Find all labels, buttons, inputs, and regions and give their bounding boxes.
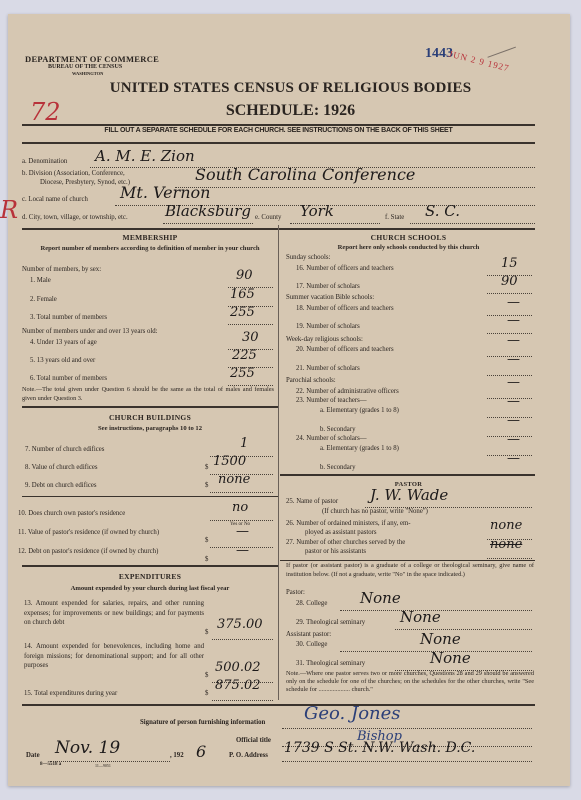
year-value: 6 xyxy=(196,742,206,761)
age-label: Number of members under and over 13 year… xyxy=(22,328,158,335)
dollar-sign: $ xyxy=(205,629,208,636)
college-28-value: None xyxy=(360,589,401,607)
sunday-schools-label: Sunday schools: xyxy=(286,254,330,261)
dollar-sign: $ xyxy=(205,672,208,679)
teachers-elementary-label: a. Elementary (grades 1 to 8) xyxy=(320,407,399,414)
signature-field[interactable]: Geo. Jones xyxy=(282,717,532,729)
residence-value-label: 11. Value of pastor's residence (if owne… xyxy=(18,528,203,537)
divider xyxy=(280,474,535,476)
sunday-scholars-label: 17. Number of scholars xyxy=(296,283,360,290)
po-address-field[interactable]: 1739 S St. N.W. Wash. D.C. xyxy=(282,750,532,762)
buildings-heading: CHURCH BUILDINGS xyxy=(22,413,278,422)
local-name-value: Mt. Vernon xyxy=(120,183,210,202)
divider xyxy=(22,406,278,408)
age-total-value: 255 xyxy=(230,366,255,381)
signature-value: Geo. Jones xyxy=(304,703,401,724)
total-members-value: 255 xyxy=(230,305,255,320)
divider xyxy=(280,560,535,561)
schools-heading: CHURCH SCHOOLS xyxy=(282,233,535,242)
sunday-scholars-value: 90 xyxy=(501,274,518,289)
department-label: DEPARTMENT OF COMMERCE xyxy=(25,54,159,64)
assistants-value: none xyxy=(490,518,522,533)
summer-officers-value: — xyxy=(507,295,520,310)
total-expenditures-value: 875.02 xyxy=(215,678,261,693)
owns-residence-value: no xyxy=(232,500,248,515)
denomination-label: a. Denomination xyxy=(22,158,67,165)
weekday-scholars-label: 21. Number of scholars xyxy=(296,365,360,372)
county-value: York xyxy=(300,202,334,220)
other-churches-value: none xyxy=(490,537,522,552)
summer-schools-label: Summer vacation Bible schools: xyxy=(286,294,374,301)
benevolences-label: 14. Amount expended for benevolences, in… xyxy=(24,642,204,671)
date-label: Date xyxy=(26,752,40,759)
scholars-elementary-label: a. Elementary (grades 1 to 8) xyxy=(320,445,399,452)
po-address-label: P. O. Address xyxy=(229,752,268,759)
column-divider xyxy=(278,225,279,700)
pastor-subheading: Pastor: xyxy=(286,589,305,596)
teachers-secondary-value: — xyxy=(507,413,520,428)
owns-residence-label: 10. Does church own pastor's residence xyxy=(18,510,125,517)
scholars-secondary-label: b. Secondary xyxy=(320,464,356,471)
teachers-elementary-value: — xyxy=(507,394,520,409)
weekday-schools-label: Week-day religious schools: xyxy=(286,336,363,343)
form-title: UNITED STATES CENSUS OF RELIGIOUS BODIES xyxy=(0,80,581,97)
running-expenses-label: 13. Amount expended for salaries, repair… xyxy=(24,599,204,628)
county-field[interactable]: York xyxy=(290,211,380,224)
buildings-subheading: See instructions, paragraphs 10 to 12 xyxy=(22,425,278,432)
dollar-sign: $ xyxy=(205,482,208,489)
division-label-2: Diocese, Presbytery, Synod, etc.) xyxy=(40,179,130,186)
form-number: 8—5518 a xyxy=(40,762,61,767)
location-label: WASHINGTON xyxy=(72,71,103,76)
division-label: b. Division (Association, Conference, xyxy=(22,170,125,177)
sunday-scholars-field[interactable]: 90 xyxy=(487,282,532,294)
margin-number: 72 xyxy=(30,98,61,126)
print-code: 11—9051 xyxy=(95,763,111,768)
male-label: 1. Male xyxy=(30,277,225,284)
seminary-29-label: 29. Theological seminary xyxy=(296,619,365,626)
divider xyxy=(22,704,535,706)
age-total-label: 6. Total number of members xyxy=(30,375,107,382)
other-churches-label-2: pastor or his assistants xyxy=(305,548,366,555)
local-name-label: c. Local name of church xyxy=(22,196,88,203)
membership-heading: MEMBERSHIP xyxy=(22,233,278,242)
edifices-debt-value: none xyxy=(218,472,250,487)
dollar-sign: $ xyxy=(205,537,208,544)
other-churches-field[interactable]: none xyxy=(487,547,532,559)
city-field[interactable]: Blacksburg xyxy=(163,211,253,224)
other-churches-label: 27. Number of other churches served by t… xyxy=(286,539,405,546)
sunday-officers-label: 16. Number of officers and teachers xyxy=(296,265,394,272)
age-total-field[interactable]: 255 xyxy=(228,374,273,386)
seminary-31-value: None xyxy=(430,649,471,667)
edifices-count-label: 7. Number of church edifices xyxy=(25,446,104,453)
year-prefix: , 192 xyxy=(170,752,184,759)
county-label: e. County xyxy=(255,214,281,221)
bureau-label: BUREAU OF THE CENSUS xyxy=(48,64,122,70)
pastor-name-hint: (If church has no pastor, write "None") xyxy=(322,508,428,515)
state-field[interactable]: S. C. xyxy=(410,211,535,224)
edifices-value-label: 8. Value of church edifices xyxy=(25,464,98,471)
weekday-officers-label: 20. Number of officers and teachers xyxy=(296,346,394,353)
seminary-31-label: 31. Theological seminary xyxy=(296,660,365,667)
division-value: South Carolina Conference xyxy=(195,165,415,184)
schools-subheading: Report here only schools conducted by th… xyxy=(282,244,535,251)
dollar-sign: $ xyxy=(205,464,208,471)
dollar-sign: $ xyxy=(205,556,208,563)
divider xyxy=(22,565,278,567)
summer-scholars-value: — xyxy=(507,313,520,328)
weekday-officers-value: — xyxy=(507,333,520,348)
divider xyxy=(22,124,535,126)
expenditures-subheading: Amount expended by your church during la… xyxy=(22,585,278,592)
total-expenditures-field[interactable]: 875.02 xyxy=(212,689,273,701)
admin-officers-value: — xyxy=(507,375,520,390)
membership-subheading: Report number of members according to de… xyxy=(30,244,270,253)
owns-residence-field[interactable]: no xyxy=(210,509,273,521)
benevolences-value: 500.02 xyxy=(215,660,261,675)
assistants-label-2: ployed as assistant pastors xyxy=(305,529,377,536)
margin-mark: R xyxy=(0,196,18,224)
college-30-value: None xyxy=(420,630,461,648)
over-13-label: 5. 13 years old and over xyxy=(30,357,95,364)
teachers-secondary-label: b. Secondary xyxy=(320,426,356,433)
female-label: 2. Female xyxy=(30,296,57,303)
running-expenses-field[interactable]: 375.00 xyxy=(212,628,273,640)
seminary-29-field[interactable]: None xyxy=(395,618,532,630)
residence-value-value: — xyxy=(236,524,249,539)
assistant-subheading: Assistant pastor: xyxy=(286,631,331,638)
summer-officers-label: 18. Number of officers and teachers xyxy=(296,305,394,312)
teachers-label: 23. Number of teachers— xyxy=(296,397,367,404)
over-13-value: 225 xyxy=(232,348,257,363)
pastor-note: Note.—Where one pastor serves two or mor… xyxy=(286,670,534,695)
edifices-debt-label: 9. Debt on church edifices xyxy=(25,482,97,489)
signature-label: Signature of person furnishing informati… xyxy=(140,719,265,726)
edifices-value-value: 1500 xyxy=(213,454,246,469)
expenditures-heading: EXPENDITURES xyxy=(22,572,278,581)
scholars-elementary-value: — xyxy=(507,432,520,447)
male-value: 90 xyxy=(236,268,253,283)
city-label: d. City, town, village, or township, etc… xyxy=(22,214,128,221)
by-sex-label: Number of members, by sex: xyxy=(22,266,101,273)
running-expenses-value: 375.00 xyxy=(217,617,263,632)
membership-note: Note.—The total given under Question 6 s… xyxy=(22,386,274,403)
form-subtitle: SCHEDULE: 1926 xyxy=(0,102,581,120)
pastor-name-field[interactable]: J. W. Wade xyxy=(365,496,532,508)
scholars-label: 24. Number of scholars— xyxy=(296,435,367,442)
total-members-label: 3. Total number of members xyxy=(30,314,107,321)
total-expenditures-label: 15. Total expenditures during year xyxy=(24,690,117,697)
college-28-label: 28. College xyxy=(296,600,327,607)
college-30-label: 30. College xyxy=(296,641,327,648)
summer-scholars-label: 19. Number of scholars xyxy=(296,323,360,330)
under-13-value: 30 xyxy=(242,330,259,345)
denomination-value: A. M. E. Zion xyxy=(95,147,195,165)
divider xyxy=(22,496,278,497)
scholars-secondary-value: — xyxy=(507,451,520,466)
state-label: f. State xyxy=(385,214,404,221)
instruction-banner: FILL OUT A SEPARATE SCHEDULE FOR EACH CH… xyxy=(22,127,535,134)
division-field[interactable]: South Carolina Conference xyxy=(175,175,535,188)
seminary-29-value: None xyxy=(400,608,441,626)
po-address-value: 1739 S St. N.W. Wash. D.C. xyxy=(284,740,475,756)
female-value: 165 xyxy=(230,287,255,302)
under-13-label: 4. Under 13 years of age xyxy=(30,339,97,346)
sunday-officers-value: 15 xyxy=(501,256,518,271)
weekday-scholars-value: — xyxy=(507,352,520,367)
edifices-count-value: 1 xyxy=(240,436,248,451)
total-members-field[interactable]: 255 xyxy=(228,313,273,325)
dollar-sign: $ xyxy=(205,690,208,697)
date-field[interactable]: Nov. 19 xyxy=(50,750,170,762)
divider xyxy=(22,142,535,144)
residence-debt-label: 12. Debt on pastor's residence (if owned… xyxy=(18,547,203,556)
pastor-name-label: 25. Name of pastor xyxy=(286,498,338,505)
pastor-name-value: J. W. Wade xyxy=(370,486,448,504)
state-value: S. C. xyxy=(425,202,460,220)
date-value: Nov. 19 xyxy=(55,738,120,758)
residence-debt-value: — xyxy=(236,543,249,558)
edifices-debt-field[interactable]: none xyxy=(210,481,273,493)
assistants-label: 26. Number of ordained ministers, if any… xyxy=(286,520,411,527)
admin-officers-label: 22. Number of administrative officers xyxy=(296,388,399,395)
parochial-schools-label: Parochial schools: xyxy=(286,377,336,384)
city-value: Blacksburg xyxy=(165,202,251,220)
official-title-label: Official title xyxy=(236,737,271,744)
education-note: If pastor (or assistant pastor) is a gra… xyxy=(286,562,534,579)
